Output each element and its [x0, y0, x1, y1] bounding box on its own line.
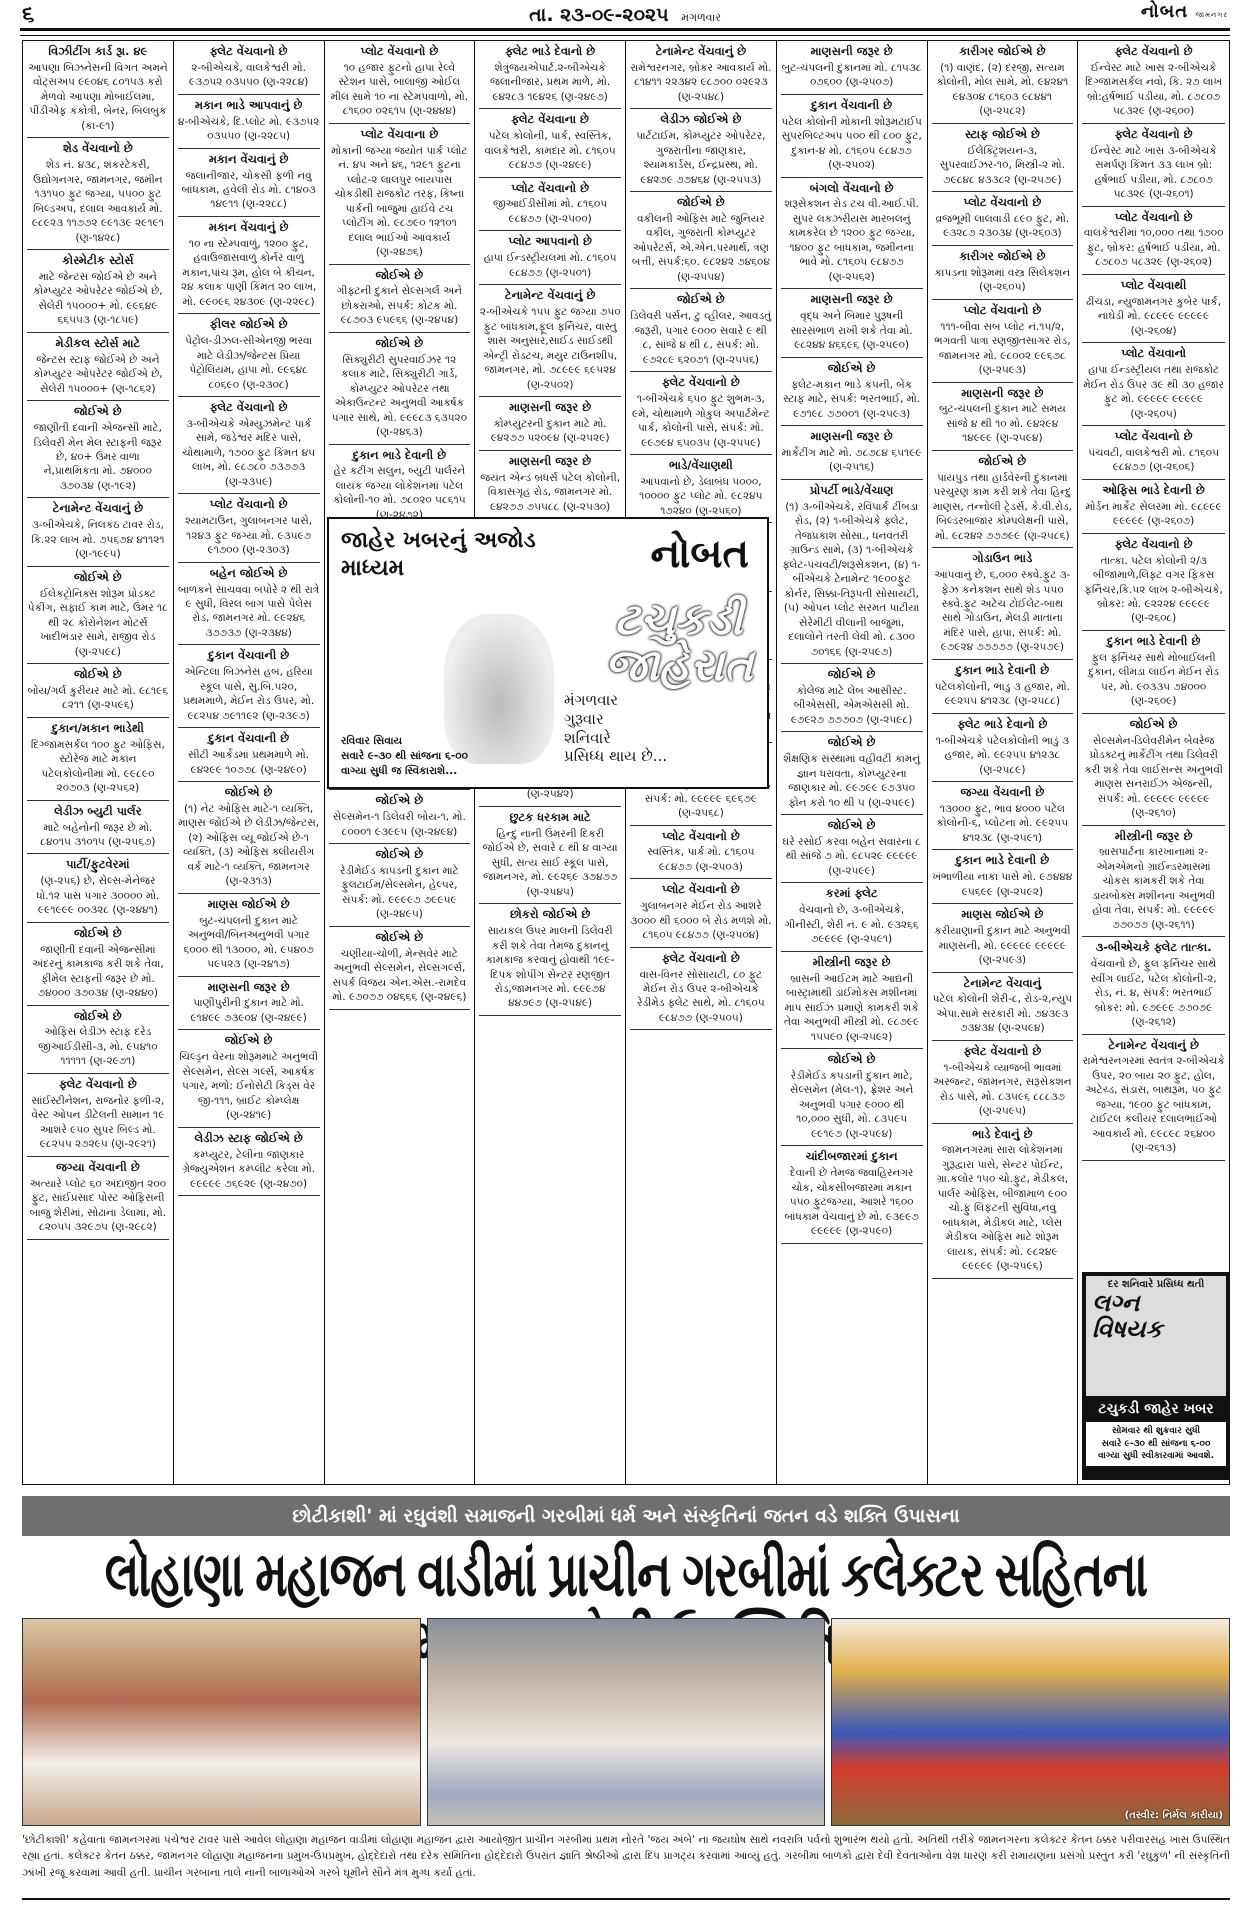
classified-ad: છુટક ધરકામ માટેહિન્દુ નાની ઉંમરની દિકરી …	[479, 807, 621, 904]
ad-title: માણસની જરૂર છે	[479, 400, 621, 416]
ad-body: બાળકને સાચવવા બપોરે ૨ થી રાત્રે ૯ સુધી, …	[178, 583, 320, 641]
ad-body: જાણીતી દવાની એજન્સી માટે, ડિલેવરી મેન મે…	[27, 421, 169, 493]
ad-title: દુકાન ભાડે દેવાની છે	[932, 663, 1074, 679]
issue-day: મંગળવાર	[681, 11, 721, 24]
ad-title: કારીગર જોઈએ છે	[932, 44, 1074, 60]
ad-title: દુકાન/મકાન ભાડેથી	[27, 721, 169, 737]
classified-ad: પ્રોપર્ટી ભાડે/વેંચાણ(૧) ૩-બીએચકે, રવિપા…	[781, 480, 923, 664]
ad-body: દેવાની છે તેમજ જવાહિરનગર ચોક, ચોકસીબજારમ…	[781, 1166, 923, 1238]
classified-ad: માણસની જરૂર છેમાર્કેટીંગ માટે મો. ૭૮૭૮૪ …	[781, 426, 923, 480]
ad-title: ગોડાઉન ભાડે	[932, 551, 1074, 567]
ad-title: ફ્લેટ વેંચવાનો છે	[932, 1044, 1074, 1060]
classified-ad: કારીગર જોઈએ છે(૧) વાણંદ, (૨) દરજી, સત્યમ…	[932, 41, 1074, 124]
classified-ad: ટેનામેન્ટ વેંચવાનુંપટેલ કોલોની શેરી-૮, ર…	[932, 973, 1074, 1041]
ad-title: ફ્લેટ વેંચવાનો છે	[1082, 537, 1225, 553]
ad-body: વેંચવાનો છે, ફુલ ફર્નિચર સાથે સ્વીંગ લાઈ…	[1082, 957, 1225, 1029]
ad-body: ખંભાળીયા નાકા પાસે મો. ૯૭૪૪૪ ૯૫૬૯૯ (ણ-૨૫…	[932, 870, 1074, 899]
ad-title: મીસ્ત્રીની જરૂર છે	[1082, 829, 1225, 845]
ad-body: (૧) વાણંદ, (૨) દરજી, સત્યમ કોલોની, મોલ સ…	[932, 61, 1074, 119]
classified-ad: ફ્લેટ ભાડે દેવાનો છે૧-બીએચકે પટેલકોલોની …	[932, 714, 1074, 782]
ad-body: સેલ્સમેન-૧ ડિલેવરી બોય-૧, મો. ૮૦૦૦૧ ૯૩૯૯…	[329, 810, 471, 839]
promo-title: ટચુકડીજાહેરાત	[605, 597, 753, 689]
ad-title: જોઈએ છે	[27, 926, 169, 942]
classified-ad: ટેનામેન્ટ વેંચવાનું છે૩-બીએચકે, નિલકંઠ ટ…	[27, 498, 169, 566]
classified-ad: જોઈએ છેઘરે રસોઈ કરવા બહેન સવારના ૮ થી સા…	[781, 815, 923, 883]
ad-title: ફ્લેટ વેંચવાનો છે	[178, 44, 320, 60]
ad-title: છુટક ધરકામ માટે	[479, 810, 621, 826]
classified-ad: કારીગર જોઈએ છેકાપડના શોરૂમમાં વસ્ત્ર સિલ…	[932, 246, 1074, 300]
news-body: 'છોટીકાશી' કહેવાતા જામનગરમાં પંચેશ્વર ટા…	[22, 1832, 1230, 1881]
classified-ad: મકાન ભાડે આપવાનું છે૪-બીએચકે, દિ.પ્લોટ મ…	[178, 95, 320, 149]
ad-title: જોઈએ છે	[27, 570, 169, 586]
ad-body: બુટ-ચંપલની દુકાનમાં મો. ૮૧૫૩૮ ૦૭૬૦૦ (ણ-૨…	[781, 61, 923, 90]
ad-title: જોઈએ છે	[630, 195, 772, 211]
classified-ad: દુકાન ભાડે દેવાની છેફુલ ફર્નિચર સાથે મોબ…	[1082, 631, 1225, 714]
classified-ad: પ્લોટ વેંચવાનો છેજીઆઈડીસીમાં મો. ૮૧૬૦૫ ૯…	[479, 178, 621, 232]
ad-body: સેલ્સમેન-ડિલેવરીમેન બેવરેજ પ્રોડક્ટનું મ…	[1082, 734, 1225, 821]
classified-ad: જોઈએ છેબોય/ગર્લ કુરીયર માટે મો. ૯૮૧૯૬ ૮૨…	[27, 664, 169, 718]
classified-ad: કોસ્મેટીક સ્ટોર્સમાટે જેન્ટસ જોઈએ છે અને…	[27, 250, 169, 333]
classified-ad: જોઈએ છેગીફ્ટની દુકાને સેલ્સગર્લ અને છોકર…	[329, 265, 471, 333]
ad-title: જોઈએ છે	[178, 785, 320, 801]
classified-ad: જગ્યા વેંચવાની છેઅત્યારે પ્લોટ ૬૦ અંદાજી…	[27, 1157, 169, 1240]
classified-ad: ફ્લેટ વેંચવાનો છેઈન્વેસ્ટ માટે ખાસ ૨-બીએ…	[1082, 41, 1225, 124]
classified-ad: જગ્યા વેંચવાની છે૧૩૦૦૦ ફુટ, ભાવ ૪૦૦૦ પટે…	[932, 782, 1074, 850]
ad-body: સ્વસ્તિક, પાર્ક મો. ૮૧૬૦૫ ૯૮૪૭૭ (ણ-૨૫૦૩)	[630, 845, 772, 874]
ad-body: સીટી આર્કેડમાં પ્રથમમાળે મો. ૯૪૨૯૯ ૧૦૭૭૮…	[178, 748, 320, 777]
ad-title: ફ્લેટ વેંચવાનો છે	[178, 400, 320, 416]
classified-ad: પ્લોટ વેંચવાનોહાપા ઈન્ડસ્ટ્રીયલ તથા રાજક…	[1082, 343, 1225, 426]
classified-ad: જોઈએ છેપાયપુડ તથા હાર્ડવેરની દુકાનમાં પર…	[932, 451, 1074, 548]
classified-ad: દુકાન ભાડે દેવાની છેપટેલકોલોની, ભાડુ ૩ હ…	[932, 660, 1074, 714]
ad-body: રામેશ્વરનગરમાં સ્વતંત્ર ૨-બીએચકે ઉપર, ૨૦…	[1082, 1054, 1225, 1155]
classified-column: ફ્લેટ વેંચવાનો છેઈન્વેસ્ટ માટે ખાસ ૨-બીએ…	[1078, 41, 1229, 1484]
ad-title: લેડીઝ બ્યુટી પાર્લર	[27, 804, 169, 820]
ad-body: ઢીંચડા, ન્યુજામનગર કુબેર પાર્ક, નાઘેડી મ…	[1082, 295, 1225, 338]
classified-ad: કરમાં ફ્લેટવેંચવાનો છે, ૩-બીએચકે, ગીનીસ્…	[781, 883, 923, 951]
classified-ad: માણસની જરૂર છેપાણીપુરીની દુકાન માટે મો. …	[178, 977, 320, 1031]
ad-body: ઈલેક્ટ્રિશયન-૩, સુપરવાઈઝર-૧૦, મિસ્ત્રી-૨…	[932, 144, 1074, 187]
classified-ad: ફ્લેટ વેંચવાના છેપટેલ કોલોની, પાર્ક, સ્વ…	[479, 109, 621, 177]
ad-title: કરમાં ફ્લેટ	[781, 886, 923, 902]
ad-title: ૩-બીએચકે ફ્લેટ તાત્કા.	[1082, 940, 1225, 956]
classified-ad: મકાન વેંચવાનું છેજલાનીજાર, ચોકસી ફળી નવુ…	[178, 149, 320, 217]
ad-body: માટે જેન્ટસ જોઈએ છે અને કોમ્પ્યુટર ઓપરેટ…	[27, 270, 169, 328]
ad-title: પ્લોટ વેંચવાનો છે	[932, 303, 1074, 319]
ad-title: મીસ્ત્રીની જરૂર છે	[781, 955, 923, 971]
ad-body: ઈલેકટ્રોનિક્સ શોરૂમ પ્રોડક્ટ પેકીંગ, સફા…	[27, 587, 169, 659]
classified-ad: બંગલો વેંચવાનો છેશરૂસેકશન રોડ ટચ વી.આઈ.પ…	[781, 178, 923, 290]
lagan-ad-header: દર શનિવારે પ્રસિધ્ધ થતી લગ્ન વિષયક	[1086, 1276, 1226, 1396]
ad-body: ઓફિસ લેડીઝ સ્ટાફ દરેડ જીઆઈડીસી-૩, મો. ૯૫…	[27, 1025, 169, 1068]
ad-body: પટેલ કોલોની શેરી-૮, રોડ-૨,ન્યુપ એપા.સામે…	[932, 992, 1074, 1035]
ad-body: બુટ-ચંપલની દુકાન માટે અનુભવી/બિનઅનુભવી પ…	[178, 914, 320, 972]
ad-body: વ્રજભૂમી લાલવાડી ૮૯૦ ફુટ, મો. ૯૩૨૮૭ ૨૩૦૩…	[932, 212, 1074, 241]
ad-title: પ્લોટ વેંચવાનો છે	[630, 829, 772, 845]
classified-ad: ફ્લેટ વેંચવાનો છેસાંઈસ્ટીનેશન, રાજનોર ફળ…	[27, 1074, 169, 1157]
ad-title: જોઈએ છે	[329, 930, 471, 946]
ad-body: પંચવટી, વાલકેશ્વરી મો. ૮૧૬૦૫ ૯૮૪૭૭ (ણ-૨૬…	[1082, 446, 1225, 475]
classified-ad: દુકાન ભાડે દેવાની છેખંભાળીયા નાકા પાસે મ…	[932, 850, 1074, 904]
ad-title: ટેનામેન્ટ વેંચવાનું છે	[479, 288, 621, 304]
ad-body: (૧) નેટ ઓફિસ માટે-૧ વ્યક્તિ, માણસ જોઈએ છ…	[178, 802, 320, 889]
lagan-ad-bar: ટચુકડી જાહેર ખબર	[1086, 1396, 1226, 1422]
ad-title: ફ્લેટ વેંચવાનો છે	[1082, 44, 1225, 60]
ad-body: ૧૩૦૦૦ ફુટ, ભાવ ૪૦૦૦ પટેલ કોલોની-૬, પ્લોટ…	[932, 802, 1074, 845]
ad-body: વેંચવાનો છે, ૩-બીએચકે, ગીનીસ્ટી, શેરી નં…	[781, 903, 923, 946]
ad-title: ફ્લેટ વેંચવાનો છે	[630, 951, 772, 967]
ad-title: જોઈએ છે	[27, 404, 169, 420]
ad-title: જોઈએ છે	[1082, 717, 1225, 733]
classified-ad: ફીલર જોઈએ છેપેટ્રોલ-ડીઝલ-સીએનજી ભરવા માટ…	[178, 314, 320, 397]
classified-ad: જોઈએ છેસેલ્સમેન-૧ ડિલેવરી બોય-૧, મો. ૮૦૦…	[329, 790, 471, 844]
ad-title: દુકાન ભાડે દેવાની છે	[1082, 634, 1225, 650]
ad-title: ભાડે/વેંચાણથી	[630, 458, 772, 474]
ad-title: ચાંદીબજારમાં દુકાન	[781, 1149, 923, 1165]
ad-body: પટેલ કોલોની, પાર્ક, સ્વસ્તિક, વાલકેશ્વરી…	[479, 129, 621, 172]
classified-ad: જોઈએ છેસેલ્સમેન-ડિલેવરીમેન બેવરેજ પ્રોડક…	[1082, 714, 1225, 826]
ad-title: પ્લોટ વેંચવાનો છે	[329, 44, 471, 60]
ad-body: જયંત એન્ડ બ્રધર્સ પટેલ કોલોની, વિકાસગૃહ …	[479, 471, 621, 514]
ad-title: મકાન વેંચવાનું છે	[178, 152, 320, 168]
ad-body: પાણીપુરીની દુકાન માટે મો. ૯૧૪૯૯ ૭૩૯૦૪ (ણ…	[178, 996, 320, 1025]
ad-body: બ્રાસપાર્ટના કારખાનામાં ૨-એમએમનો ગ્રાઈન્…	[1082, 845, 1225, 932]
classified-ad: માણસની જરૂર છેબુટ-ચંપલની દુકાન માટે સમય …	[932, 383, 1074, 451]
ad-body: કાપડના શોરૂમમાં વસ્ત્ર સિલેકશન (ણ-૨૬૦૫)	[932, 266, 1074, 295]
ad-title: જગ્યા વેંચવાની છે	[932, 785, 1074, 801]
classified-ad: લેડીઝ સ્ટાફ જોઈએ છેકમ્પ્યુટર, ટેલીના જાણ…	[178, 1128, 320, 1196]
ad-body: (૧) ૩-બીએચકે, રવિપાર્ક ટીંબડા રોડ, (૨) ૧…	[781, 500, 923, 659]
issue-date: તા. ૨૩-૦૯-૨૦૨૫	[529, 4, 669, 26]
classified-ad: ફ્લેટ વેંચવાનો છે૩-બીએચકે એમ્યુઝમેન્ટ પા…	[178, 397, 320, 494]
classified-ad: ચાંદીબજારમાં દુકાનદેવાની છે તેમજ જવાહિરન…	[781, 1146, 923, 1243]
ad-body: બ્રાસની આઈટમ માટે આદ્યની બાસ્ટ્રામાંથી ડ…	[781, 972, 923, 1044]
ad-title: ટેનામેન્ટ વેંચવાનું છે	[27, 501, 169, 517]
classified-ad: મકાન વેંચવાનું છે૧૦ ના સ્ટેમ્પવાળું, ૧૨૦…	[178, 217, 320, 314]
ad-title: ટેનામેન્ટ વેંચવાનું છે	[1082, 1038, 1225, 1054]
classified-ad: જોઈએ છેશૈક્ષણિક સંસ્થામાં વહીવટી કામનું …	[781, 732, 923, 815]
ad-body: સાંઈસ્ટીનેશન, રાજનોર ફળી-૨, વેસ્ટ ઓપન ડી…	[27, 1094, 169, 1152]
classified-ad: પ્લોટ વેંચવાનો છેવ્રજભૂમી લાલવાડી ૮૯૦ ફુ…	[932, 192, 1074, 246]
ad-title: મકાન વેંચવાનું છે	[178, 220, 320, 236]
ad-body: રેડીમેઈડ કાપડની દુકાન માટે ફુલટાઈમ/સેલ્સ…	[329, 864, 471, 922]
ad-body: હાપા ઈન્ડસ્ટ્રીયલમાં મો. ૮૧૬૦૫ ૯૮૪૭૭ (ણ-…	[479, 251, 621, 280]
newspaper-logo: નોબત જામનગર	[1141, 1, 1228, 22]
ad-title: ફ્લેટ વેંચવાનો છે	[1082, 127, 1225, 143]
ad-body: ગુલાબનગર મેઈન રોડ આશરે ૩૦૦૦ થી ૬૦૦૦ બે ર…	[630, 899, 772, 942]
ad-title: જોઈએ છે	[178, 1033, 320, 1049]
classified-ad: મીસ્ત્રીની જરૂર છેબ્રાસની આઈટમ માટે આદ્ય…	[781, 952, 923, 1049]
ad-body: દિગ્જામસર્કલ ૧૦૦ ફુટ ઓફિસ, સ્ટોરેજ માટે …	[27, 738, 169, 796]
ad-body: કરીયાણાની દુકાન માટે અનુભવી માણસની, મો. …	[932, 924, 1074, 967]
masthead: ૬ તા. ૨૩-૦૯-૨૦૨૫ મંગળવાર નોબત જામનગર	[0, 0, 1250, 30]
ad-body: ચણીયા-ચોળી, મેન્સવેર માટે અનુભવી સેલ્સમે…	[329, 947, 471, 1005]
ad-title: ભાડે દેવાનું છે	[932, 1127, 1074, 1143]
classified-ad: પ્લોટ આપવાનો છેહાપા ઈન્ડસ્ટ્રીયલમાં મો. …	[479, 231, 621, 285]
classified-ad: ઓફિસ ભાડે દેવાની છેમોર્ડન માર્કેટ સેલરમા…	[1082, 480, 1225, 534]
ad-body: જીઆઈડીસીમાં મો. ૮૧૬૦૫ ૯૮૪૭૭ (ણ-૨૫૦૦)	[479, 197, 621, 226]
ad-body: શરૂસેકશન રોડ ટચ વી.આઈ.પી. સુપર લકઝરીયસ મ…	[781, 197, 923, 284]
ad-title: દુકાન વેંચવાની છે	[178, 648, 320, 664]
ad-body: કોમ્પ્યુટરની દુકાન માટે મો. ૯૪૨૭૭ ૫૨૦૯૪ …	[479, 417, 621, 446]
classified-ad: ફ્લેટ ભાડે દેવાનો છેશેત્રુંજયએપાર્ટ.૨-બી…	[479, 41, 621, 109]
photo-garba-dancers: (તસ્વીર: નિર્મલ કારીયા)	[831, 1618, 1230, 1826]
ad-body: ફુલ ફર્નિચર સાથે મોબાઈલની દુકાન, લીમડા લ…	[1082, 651, 1225, 709]
ad-body: ઘરે રસોઈ કરવા બહેન સવારના ૮ થી સાંજે ૭ મ…	[781, 835, 923, 878]
ad-title: ફ્લેટ વેંચવાનો છે	[27, 1077, 169, 1093]
classified-ad: દુકાન વેંચવાની છેએન્ટિલા બિઝનેસ હબ, હરિય…	[178, 645, 320, 728]
classified-ad: વિઝીટીંગ કાર્ડ રૂા. ૪૯આપણા બિઝનેસની વિગત…	[27, 41, 169, 138]
classified-ad: ફ્લેટ વેંચવાનો છે૨-બીએચકે, વાલકેશ્વરી મો…	[178, 41, 320, 95]
ad-body: ૧-બીએચકે વ્યાજબી ભાવમાં અરજન્ટ, જામનગર, …	[932, 1061, 1074, 1119]
header-rule	[20, 28, 1230, 31]
ad-title: જોઈએ છે	[781, 667, 923, 683]
dateline: તા. ૨૩-૦૯-૨૦૨૫ મંગળવાર	[0, 4, 1250, 26]
ad-title: પાર્ટી/ફુટવેરમાં	[27, 857, 169, 873]
classified-ad: જોઈએ છેવકીલની ઓફિસ માટે જુનિયર વકીલ, ગુજ…	[630, 192, 772, 289]
ad-body: પાયપુડ તથા હાર્ડવેરની દુકાનમાં પરચુરણ કા…	[932, 471, 1074, 543]
ad-body: પટેલ કોલોની મોકાની શોરૂમટાઈપ સુપરબિલ્ટઅપ…	[781, 115, 923, 173]
ad-title: માણસની જરૂર છે	[781, 44, 923, 60]
ad-title: દુકાન વેંચવાની છે	[781, 98, 923, 114]
ad-title: પ્લોટ વેંચવાનો છે	[932, 195, 1074, 211]
ad-body: શેત્રુંજયએપાર્ટ.૨-બીએચકે જલાનીજાર, પ્રથમ…	[479, 61, 621, 104]
promo-days: મંગળવારગુરૂવારશનિવારેપ્રસિધ્ધ થાય છે...	[564, 691, 667, 766]
ad-body: આપવાનું છે, ૬,૦૦૦ સ્ક્વે.ફુટ ૩-ફેઝ કનેકશ…	[932, 568, 1074, 655]
ad-body: ફ્લેટ-મકાન ભાડે કંપની, બેંક સ્ટાફ માટે, …	[781, 378, 923, 421]
ad-title: જોઈએ છે	[781, 735, 923, 751]
ad-body: તાત્કા. પટેલ કોલોની ૨/૩ બીજામાળે,લિફ્ટ વ…	[1082, 554, 1225, 626]
ad-body: કોલેજ માટે લેબ આસીસ્ટ. બીએસસી, એમએસસી મો…	[781, 684, 923, 727]
classified-ad: લેડીઝ જોઈએ છેપાર્ટટાઈમ, કોમ્પ્યુટર ઓપરેટ…	[630, 109, 772, 192]
ad-title: જોઈએ છે	[27, 667, 169, 683]
classified-ad: દુકાન ભાડે દેવાની છેહેર કટીંગ સલુન, બ્યુ…	[329, 445, 471, 528]
ad-title: ફ્લેટ ભાડે દેવાનો છે	[932, 717, 1074, 733]
ad-body: જેન્ટસ સ્ટાફ જોઈએ છે અને કોમ્પ્યુટર ઓપરે…	[27, 353, 169, 396]
classified-ad: પ્લોટ વેંચવાથીઢીંચડા, ન્યુજામનગર કુબેર પ…	[1082, 275, 1225, 343]
ad-title: જોઈએ છે	[329, 847, 471, 863]
classified-ad: જોઈએ છેઓફિસ લેડીઝ સ્ટાફ દરેડ જીઆઈડીસી-૩,…	[27, 1006, 169, 1074]
ad-body: ૧૦ ના સ્ટેમ્પવાળું, ૧૨૦૦ ફુટ, હવાઉજાસવાળ…	[178, 237, 320, 309]
classified-ad: જોઈએ છેફ્લેટ-મકાન ભાડે કંપની, બેંક સ્ટાફ…	[781, 358, 923, 426]
ad-title: બહેન જોઈએ છે	[178, 566, 320, 582]
classified-ad: બહેન જોઈએ છેબાળકને સાચવવા બપોરે ૨ થી રાત…	[178, 563, 320, 646]
ad-title: જોઈએ છે	[781, 818, 923, 834]
ad-body: એન્ટિલા બિઝનેસ હબ, હરિયા સ્કૂલ પાસે, સુ.…	[178, 665, 320, 723]
ad-body: ૧૧૧-બીવા સબ પ્લોટ નં.૧૫/૨, ભગવતી પાત્રા …	[932, 320, 1074, 378]
ad-body: મોકાની જગ્યા જયોત પાર્ક પ્લોટ નં. ૪૫ અને…	[329, 144, 471, 260]
ad-title: સ્ટાફ જોઈએ છે	[932, 127, 1074, 143]
promo-brand-logo: નોબત	[651, 531, 749, 577]
ad-body: પટેલકોલોની, ભાડુ ૩ હજાર, મો. ૯૯૨૫૫ ૪૧૨૩૮…	[932, 680, 1074, 709]
ad-title: છોકરો જોઈએ છે	[479, 907, 621, 923]
classified-ad: ભાડે દેવાનું છેજામનગરમાં સારા લોકેશનમાં …	[932, 1124, 1074, 1279]
classified-ad: પ્લોટ વેંચવાનો છે૧૧૧-બીવા સબ પ્લોટ નં.૧૫…	[932, 300, 1074, 383]
ad-body: જામનગરમાં સારા લોકેશનમાં ગુરૂદ્વારા પાસે…	[932, 1143, 1074, 1273]
lagan-ad-timing: સોમવાર થી શુક્રવાર સુધીસવારે ૯-૩૦ થી સાં…	[1086, 1422, 1226, 1466]
ad-body: માટે બહેનોની જરૂર છે મો. ૮૪૦૧૫ ૩૧૦૧૫ (ણ-…	[27, 821, 169, 850]
classified-ad: પ્લોટ વેંચવાના છેમોકાની જગ્યા જયોત પાર્ક…	[329, 124, 471, 265]
ad-title: લેડીઝ જોઈએ છે	[630, 112, 772, 128]
ad-title: વિઝીટીંગ કાર્ડ રૂા. ૪૯	[27, 44, 169, 60]
classified-ad: લેડીઝ બ્યુટી પાર્લરમાટે બહેનોની જરૂર છે …	[27, 801, 169, 855]
classified-ad: ફ્લેટ વેંચવાનો છે૧-બીએચકે વ્યાજબી ભાવમાં…	[932, 1041, 1074, 1124]
ad-title: દુકાન ભાડે દેવાની છે	[932, 853, 1074, 869]
classified-column: ફ્લેટ વેંચવાનો છે૨-બીએચકે, વાલકેશ્વરી મો…	[174, 41, 325, 1484]
ad-body: માર્કેટીંગ માટે મો. ૭૮૭૮૪ ૬૫૧૯૯ (ણ-૨૫૧૬)	[781, 446, 923, 475]
news-subheadline: છોટીકાશી' માં રઘુવંશી સમાજની ગરબીમાં ધર્…	[22, 1496, 1230, 1536]
ad-title: માણસની જરૂર છે	[932, 386, 1074, 402]
ad-title: જોઈએ છે	[932, 454, 1074, 470]
ad-body: શૈક્ષણિક સંસ્થામાં વહીવટી કામનું જ્ઞાન ધ…	[781, 752, 923, 810]
ad-title: મેડીકલ સ્ટોર્સ માટે	[27, 336, 169, 352]
classified-ad: ગોડાઉન ભાડેઆપવાનું છે, ૬,૦૦૦ સ્ક્વે.ફુટ …	[932, 548, 1074, 660]
ad-body: પેટ્રોલ-ડીઝલ-સીએનજી ભરવા માટે લેડીઝ/જેન્…	[178, 334, 320, 392]
tachukdi-jaherat-promo-ad: જાહેર ખબરનું અજોડ માધ્યમ નોબત ટચુકડીજાહે…	[327, 517, 769, 789]
ad-body: જલાનીજાર, ચોકસી ફળી નવું બાંધકામ, હવેલી …	[178, 169, 320, 212]
classified-ad: જોઈએ છેરેડીમેઈડ કપડાની દુકાન માટે, સેલ્સ…	[781, 1049, 923, 1146]
classified-column: માણસની જરૂર છેબુટ-ચંપલની દુકાનમાં મો. ૮૧…	[777, 41, 928, 1484]
ad-title: દુકાન વેંચવાની છે	[178, 731, 320, 747]
classified-ad: જોઈએ છેસિક્યુરીટી સુપરવાઈઝર ૧૨ કલાક માટે…	[329, 333, 471, 445]
classified-ad: જોઈએ છેરેડીમેઈડ કાપડની દુકાન માટે ફુલટાઈ…	[329, 844, 471, 927]
classified-ad: પ્લોટ વેંચવાનો છે૧૦ હજાર ફુટનો હાપા રેલ્…	[329, 41, 471, 124]
classified-ad: ફ્લેટ વેંચવાનો છેતાત્કા. પટેલ કોલોની ૨/૩…	[1082, 534, 1225, 631]
ad-title: જોઈએ છે	[781, 361, 923, 377]
ad-title: માણસની જરૂર છે	[781, 292, 923, 308]
ad-title: પ્લોટ વેંચવાનો છે	[1082, 429, 1225, 445]
classified-ad: માણસની જરૂર છેવૃદ્ધ અને બિમાર પુરૂષની સા…	[781, 289, 923, 357]
ad-body: ચિલ્ડ્રન વેરના શોરૂમમાટે અનુભવી સેલ્સમેન…	[178, 1050, 320, 1122]
ad-body: વૃદ્ધ અને બિમાર પુરૂષની સારસંભાળ રાખી શક…	[781, 309, 923, 352]
ad-body: ૩-બીએચકે એમ્યુઝમેન્ટ પાર્ક સામે, જડેશ્વર…	[178, 417, 320, 489]
ad-body: ડિલેવરી પર્સન, ટુ વ્હીલર, આવડતું જરૂરી, …	[630, 309, 772, 367]
ad-title: જોઈએ છે	[781, 1052, 923, 1068]
ad-title: જોઈએ છે	[630, 292, 772, 308]
ad-body: ૨-બીએચકે ૧૫૫ ફુટ જગ્યા ૭૫૦ ફુટ બાંધકામ,ફ…	[479, 305, 621, 392]
classified-ad: પ્લોટ વેંચવાનો છેસ્વસ્તિક, પાર્ક મો. ૮૧૬…	[630, 826, 772, 880]
news-photos: (તસ્વીર: નિર્મલ કારીયા)	[22, 1618, 1230, 1826]
classified-ad: મેડીકલ સ્ટોર્સ માટેજેન્ટસ સ્ટાફ જોઈએ છે …	[27, 333, 169, 401]
classified-ad: જોઈએ છેજાણીતી દવાની એજન્સી માટે, ડિલેવરી…	[27, 401, 169, 498]
classified-ad: દુકાન વેંચવાની છેસીટી આર્કેડમાં પ્રથમમાળ…	[178, 728, 320, 782]
classified-ad: ફ્લેટ વેંચવાનો છેવાસ-વિનર સોસાયટી, ૮૦ ફુ…	[630, 948, 772, 1031]
ad-title: પ્લોટ વેંચવાના છે	[329, 127, 471, 143]
ad-title: જોઈએ છે	[329, 268, 471, 284]
ad-title: ઓફિસ ભાડે દેવાની છે	[1082, 483, 1225, 499]
classified-ad: માણસ જોઈએ છેબુટ-ચંપલની દુકાન માટે અનુભવી…	[178, 894, 320, 977]
ad-body: સાયકલ ઉપર માલની ડિલેવરી કરી શકે તેવા તેમ…	[479, 924, 621, 1011]
ad-title: માણસની જરૂર છે	[178, 980, 320, 996]
ad-body: હેર કટીંગ સલુન, બ્યુટી પાર્લરને લાયક જગ્…	[329, 464, 471, 522]
ad-body: ૪-બીએચકે, દિ.પ્લોટ મો. ૯૩૭૫૨ ૦૩૫૫૦ (ણ-૨૨…	[178, 115, 320, 144]
ad-title: દુકાન ભાડે દેવાની છે	[329, 448, 471, 464]
classified-ad: પ્લોટ વેંચવાનો છેશ્યામટાઉન, ગુલાબનગર પાસ…	[178, 494, 320, 562]
classified-ad: શેડ વેંચવાનો છેશેડ નં. ૪૩૮, શંકરટેકરી, ઉ…	[27, 138, 169, 250]
ad-body: જાણીતી દવાની એજન્સીમાં અંદરનું કામકાજ કર…	[27, 943, 169, 1001]
ad-body: ૧૦ હજાર ફુટનો હાપા રેલ્વે સ્ટેશન પાસે, બ…	[329, 61, 471, 119]
ad-body: ગીફ્ટની દુકાને સેલ્સગર્લ અને છોકરાઓ, સંપ…	[329, 284, 471, 327]
classified-ad: જોઈએ છેઈલેકટ્રોનિક્સ શોરૂમ પ્રોડક્ટ પેકી…	[27, 567, 169, 664]
classified-ad: જોઈએ છેકોલેજ માટે લેબ આસીસ્ટ. બીએસસી, એમ…	[781, 664, 923, 732]
ad-title: માણસની જરૂર છે	[781, 429, 923, 445]
classified-ad: પાર્ટી/ફુટવેરમાં(ણ-૨૫૬) છે, સેલ્સ-મેનેજર…	[27, 854, 169, 922]
classified-ad: માણસની જરૂર છેબુટ-ચંપલની દુકાનમાં મો. ૮૧…	[781, 41, 923, 95]
classified-ad: ફ્લેટ વેંચવાનો છે૧-બીએચકે ૬૫૦ ફુટ શુભમ-૩…	[630, 372, 772, 455]
classified-column: વિઝીટીંગ કાર્ડ રૂા. ૪૯આપણા બિઝનેસની વિગત…	[23, 41, 174, 1484]
ad-title: જોઈએ છે	[329, 336, 471, 352]
classified-ad: સ્ટાફ જોઈએ છેઈલેક્ટ્રિશયન-૩, સુપરવાઈઝર-૧…	[932, 124, 1074, 192]
ad-title: માણસ જોઈએ છે	[178, 897, 320, 913]
ad-body: ઈન્વેસ્ટ માટે ખાસ ૩-બીએચકે સમર્પણ કિંમત …	[1082, 144, 1225, 202]
promo-tagline: જાહેર ખબરનું અજોડ માધ્યમ	[341, 527, 541, 582]
classified-ad: જોઈએ છેચણીયા-ચોળી, મેન્સવેર માટે અનુભવી …	[329, 927, 471, 1010]
ad-body: ૨-બીએચકે, વાલકેશ્વરી મો. ૯૩૭૫૨ ૦૩૫૫૦ (ણ-…	[178, 61, 320, 90]
ad-body: બોય/ગર્લ કુરીયર માટે મો. ૯૮૧૯૬ ૮૨૧૧ (ણ-૨…	[27, 684, 169, 713]
ad-body: હિન્દુ નાની ઉંમરની દિકરી જોઈએ છે, સવારે …	[479, 827, 621, 899]
ad-title: ફ્લેટ વેંચવાના છે	[479, 112, 621, 128]
ad-body: હાપા ઈન્ડસ્ટ્રીયલ તથા રાજકોટ મેઈન રોડ ઉપ…	[1082, 363, 1225, 421]
ad-title: માણસ જોઈએ છે	[932, 907, 1074, 923]
classified-ad: પ્લોટ વેંચવાનો છેપંચવટી, વાલકેશ્વરી મો. …	[1082, 426, 1225, 480]
ad-title: પ્લોટ વેંચવાનો છે	[630, 882, 772, 898]
ad-title: શેડ વેંચવાનો છે	[27, 141, 169, 157]
ad-body: ૧-બીએચકે ૬૫૦ ફુટ શુભમ-૩, ૯મે, ચોથામાળે ગ…	[630, 392, 772, 450]
ad-body: વકીલની ઓફિસ માટે જુનિયર વકીલ, ગુજરાતી કો…	[630, 212, 772, 284]
ad-body: કમ્પ્યુટર, ટેલીના જાણકાર ગ્રેજ્યુએશન કમ્…	[178, 1148, 320, 1191]
ad-title: ફ્લેટ ભાડે દેવાનો છે	[479, 44, 621, 60]
ad-title: પ્લોટ વેંચવાથી	[1082, 278, 1225, 294]
classified-ad: પ્લોટ વેંચવાનો છેવાલકેશ્વરીમાં ૧૦,૦૦૦ તથ…	[1082, 207, 1225, 275]
ad-title: પ્લોટ વેંચવાનો છે	[479, 181, 621, 197]
classified-ad: ટેનામેન્ટ વેંચવાનું છેરામેશ્વરનગર, બ્રોક…	[630, 41, 772, 109]
ad-title: પ્લોટ વેંચવાનો	[1082, 346, 1225, 362]
ad-body: શ્યામટાઉન, ગુલાબનગર પાસે, ૧૨૪૩ ફુટ જગ્યા…	[178, 514, 320, 557]
ad-title: લેડીઝ સ્ટાફ જોઈએ છે	[178, 1131, 320, 1147]
classified-ad: મીસ્ત્રીની જરૂર છેબ્રાસપાર્ટના કારખાનામા…	[1082, 826, 1225, 938]
classified-ad: ફ્લેટ વેંચવાનો છેઈન્વેસ્ટ માટે ખાસ ૩-બીએ…	[1082, 124, 1225, 207]
footer-rule	[22, 1898, 1230, 1900]
ad-title: ફ્લેટ વેંચવાનો છે	[630, 375, 772, 391]
ad-title: જોઈએ છે	[329, 793, 471, 809]
ad-title: પ્રોપર્ટી ભાડે/વેંચાણ	[781, 483, 923, 499]
classified-ad: દુકાન વેંચવાની છેપટેલ કોલોની મોકાની શોરૂ…	[781, 95, 923, 178]
classified-ad: ભાડે/વેંચાણથીઆપવાનો છે, ડેલાબંધ ૫૦૦૦, ૧૦…	[630, 455, 772, 523]
ad-body: અત્યારે પ્લોટ ૬૦ અંદાજીત ૨૦૦ ફુટ, સાંઈપ્…	[27, 1177, 169, 1235]
classified-ad: પ્લોટ વેંચવાનો છેગુલાબનગર મેઈન રોડ આશરે …	[630, 879, 772, 947]
ad-title: બંગલો વેંચવાનો છે	[781, 181, 923, 197]
classified-ad: જોઈએ છેડિલેવરી પર્સન, ટુ વ્હીલર, આવડતું …	[630, 289, 772, 372]
ad-title: ટેનામેન્ટ વેંચવાનું	[932, 976, 1074, 992]
classified-ad: ટેનામેન્ટ વેંચવાનું છે૨-બીએચકે ૧૫૫ ફુટ જ…	[479, 285, 621, 397]
ad-body: પાર્ટટાઈમ, કોમ્પ્યુટર ઓપરેટર, ગુજરાતીના …	[630, 129, 772, 187]
classified-ad: ટેનામેન્ટ વેંચવાનું છેરામેશ્વરનગરમાં સ્વ…	[1082, 1035, 1225, 1161]
ad-body: રામેશ્વરનગર, બ્રોકર આવકાર્ય મો. ૮૧૪૧૧ ૨૨…	[630, 61, 772, 104]
ad-title: પ્લોટ વેંચવાનો છે	[1082, 210, 1225, 226]
ad-body: ૧-બીએચકે પટેલકોલોની ભાડું ૩ હજાર, મો. ૯૯…	[932, 734, 1074, 777]
photo-credit: (તસ્વીર: નિર્મલ કારીયા)	[1125, 1810, 1223, 1821]
ad-body: ઈન્વેસ્ટ માટે ખાસ ૨-બીએચકે દિગ્જામસર્કલ …	[1082, 61, 1225, 119]
ad-title: પ્લોટ આપવાનો છે	[479, 234, 621, 250]
ad-body: મોર્ડન માર્કેટ સેલરમા મો. ૯૮૯૯૯ ૯૯૯૯૯ (ણ…	[1082, 500, 1225, 529]
ad-body: આપણા બિઝનેસની વિગત અમને વોટ્સઅપ ૯૯૦૪૬ ૮૦…	[27, 61, 169, 133]
ad-body: સિક્યુરીટી સુપરવાઈઝર ૧૨ કલાક માટે, સિક્ય…	[329, 353, 471, 440]
ad-title: કારીગર જોઈએ છે	[932, 249, 1074, 265]
ad-title: મકાન ભાડે આપવાનું છે	[178, 98, 320, 114]
ad-title: જગ્યા વેંચવાની છે	[27, 1160, 169, 1176]
classified-ad: દુકાન/મકાન ભાડેથીદિગ્જામસર્કલ ૧૦૦ ફુટ ઓફ…	[27, 718, 169, 801]
ad-body: વાસ-વિનર સોસાયટી, ૮૦ ફુટ મેઈન રોડ ઉપર ૨-…	[630, 968, 772, 1026]
